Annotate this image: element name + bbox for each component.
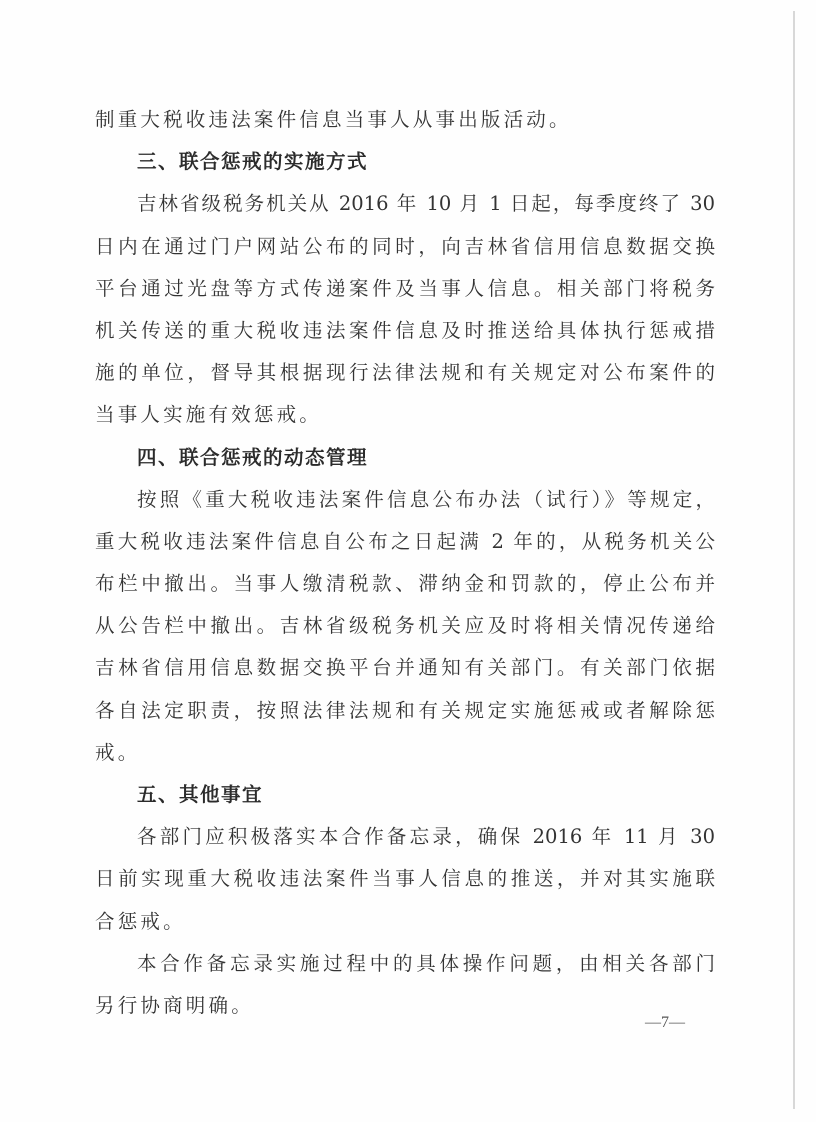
paragraph-line: 当事人实施有效惩戒。 (95, 394, 715, 436)
paragraph-line: 机关传送的重大税收违法案件信息及时推送给具体执行惩戒措 (95, 310, 715, 352)
page-number: —7— (645, 1014, 685, 1032)
paragraph-line: 合惩戒。 (95, 901, 715, 943)
paragraph-line: 吉林省级税务机关从 2016 年 10 月 1 日起，每季度终了 30 (95, 183, 715, 225)
paragraph-line: 吉林省信用信息数据交换平台并通知有关部门。有关部门依据 (95, 647, 715, 689)
document-body: 制重大税收违法案件信息当事人从事出版活动。 三、联合惩戒的实施方式 吉林省级税务… (95, 99, 715, 1027)
paragraph-line: 另行协商明确。 (95, 985, 715, 1027)
paragraph-line: 平台通过光盘等方式传递案件及当事人信息。相关部门将税务 (95, 268, 715, 310)
paragraph-line: 重大税收违法案件信息自公布之日起满 2 年的，从税务机关公 (95, 521, 715, 563)
paragraph-line: 日内在通过门户网站公布的同时，向吉林省信用信息数据交换 (95, 226, 715, 268)
paragraph-line: 按照《重大税收违法案件信息公布办法（试行）》等规定， (95, 479, 715, 521)
scan-edge-line (793, 11, 795, 1109)
section-heading-3: 三、联合惩戒的实施方式 (95, 141, 715, 183)
paragraph-line: 各部门应积极落实本合作备忘录，确保 2016 年 11 月 30 (95, 816, 715, 858)
paragraph-line: 施的单位，督导其根据现行法律法规和有关规定对公布案件的 (95, 352, 715, 394)
paragraph-line: 布栏中撤出。当事人缴清税款、滞纳金和罚款的，停止公布并 (95, 563, 715, 605)
paragraph-line: 各自法定职责，按照法律法规和有关规定实施惩戒或者解除惩 (95, 690, 715, 732)
section-heading-5: 五、其他事宜 (95, 774, 715, 816)
paragraph-line: 制重大税收违法案件信息当事人从事出版活动。 (95, 99, 715, 141)
paragraph-line: 从公告栏中撤出。吉林省级税务机关应及时将相关情况传递给 (95, 605, 715, 647)
paragraph-line: 日前实现重大税收违法案件当事人信息的推送，并对其实施联 (95, 858, 715, 900)
section-heading-4: 四、联合惩戒的动态管理 (95, 437, 715, 479)
document-page: 制重大税收违法案件信息当事人从事出版活动。 三、联合惩戒的实施方式 吉林省级税务… (0, 0, 816, 1122)
paragraph-line: 本合作备忘录实施过程中的具体操作问题，由相关各部门 (95, 943, 715, 985)
paragraph-line: 戒。 (95, 732, 715, 774)
